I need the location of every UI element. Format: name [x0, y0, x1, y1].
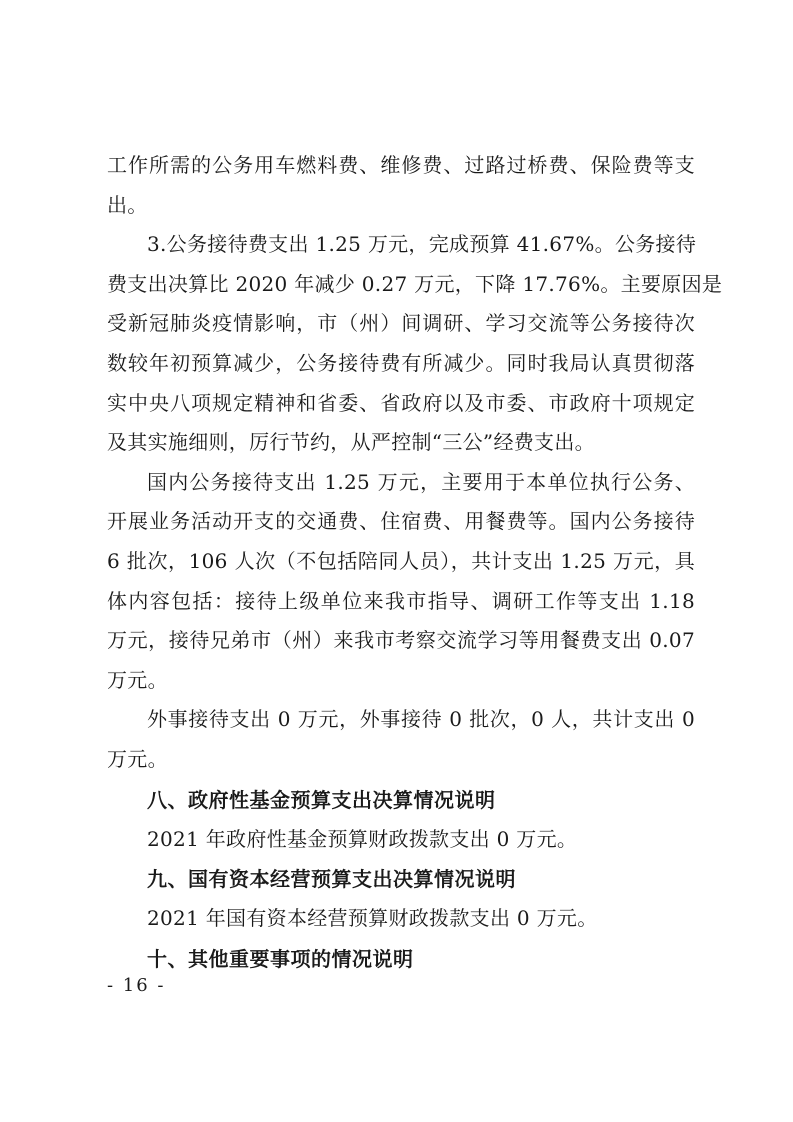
paragraph-line: 国内公务接待支出 1.25 万元，主要用于本单位执行公务、: [107, 463, 695, 503]
page-number: - 16 -: [107, 975, 166, 996]
paragraph-line: 万元。: [107, 740, 695, 780]
section-8-body: 2021 年政府性基金预算财政拨款支出 0 万元。: [107, 820, 695, 860]
paragraph-line: 3.公务接待费支出 1.25 万元，完成预算 41.67%。公务接待: [107, 225, 695, 265]
paragraph-line: 工作所需的公务用车燃料费、维修费、过路过桥费、保险费等支: [107, 146, 695, 186]
paragraph-line: 体内容包括：接待上级单位来我市指导、调研工作等支出 1.18: [107, 582, 695, 622]
paragraph-line: 6 批次，106 人次（不包括陪同人员），共计支出 1.25 万元，具: [107, 542, 695, 582]
section-9-heading: 九、国有资本经营预算支出决算情况说明: [107, 859, 695, 899]
paragraph-line: 数较年初预算减少，公务接待费有所减少。同时我局认真贯彻落: [107, 344, 695, 384]
paragraph-line: 及其实施细则，厉行节约，从严控制“三公”经费支出。: [107, 423, 695, 463]
paragraph-line: 受新冠肺炎疫情影响，市（州）间调研、学习交流等公务接待次: [107, 304, 695, 344]
paragraph-line: 实中央八项规定精神和省委、省政府以及市委、市政府十项规定: [107, 384, 695, 424]
paragraph-line: 费支出决算比 2020 年减少 0.27 万元，下降 17.76%。主要原因是: [107, 265, 695, 305]
section-8-heading: 八、政府性基金预算支出决算情况说明: [107, 780, 695, 820]
paragraph-line: 出。: [107, 186, 695, 226]
paragraph-line: 万元。: [107, 661, 695, 701]
section-9-body: 2021 年国有资本经营预算财政拨款支出 0 万元。: [107, 899, 695, 939]
paragraph-line: 开展业务活动开支的交通费、住宿费、用餐费等。国内公务接待: [107, 502, 695, 542]
paragraph-line: 外事接待支出 0 万元，外事接待 0 批次，0 人，共计支出 0: [107, 700, 695, 740]
paragraph-line: 万元，接待兄弟市（州）来我市考察交流学习等用餐费支出 0.07: [107, 621, 695, 661]
section-10-heading: 十、其他重要事项的情况说明: [107, 939, 695, 979]
document-page: 工作所需的公务用车燃料费、维修费、过路过桥费、保险费等支 出。 3.公务接待费支…: [107, 146, 695, 979]
